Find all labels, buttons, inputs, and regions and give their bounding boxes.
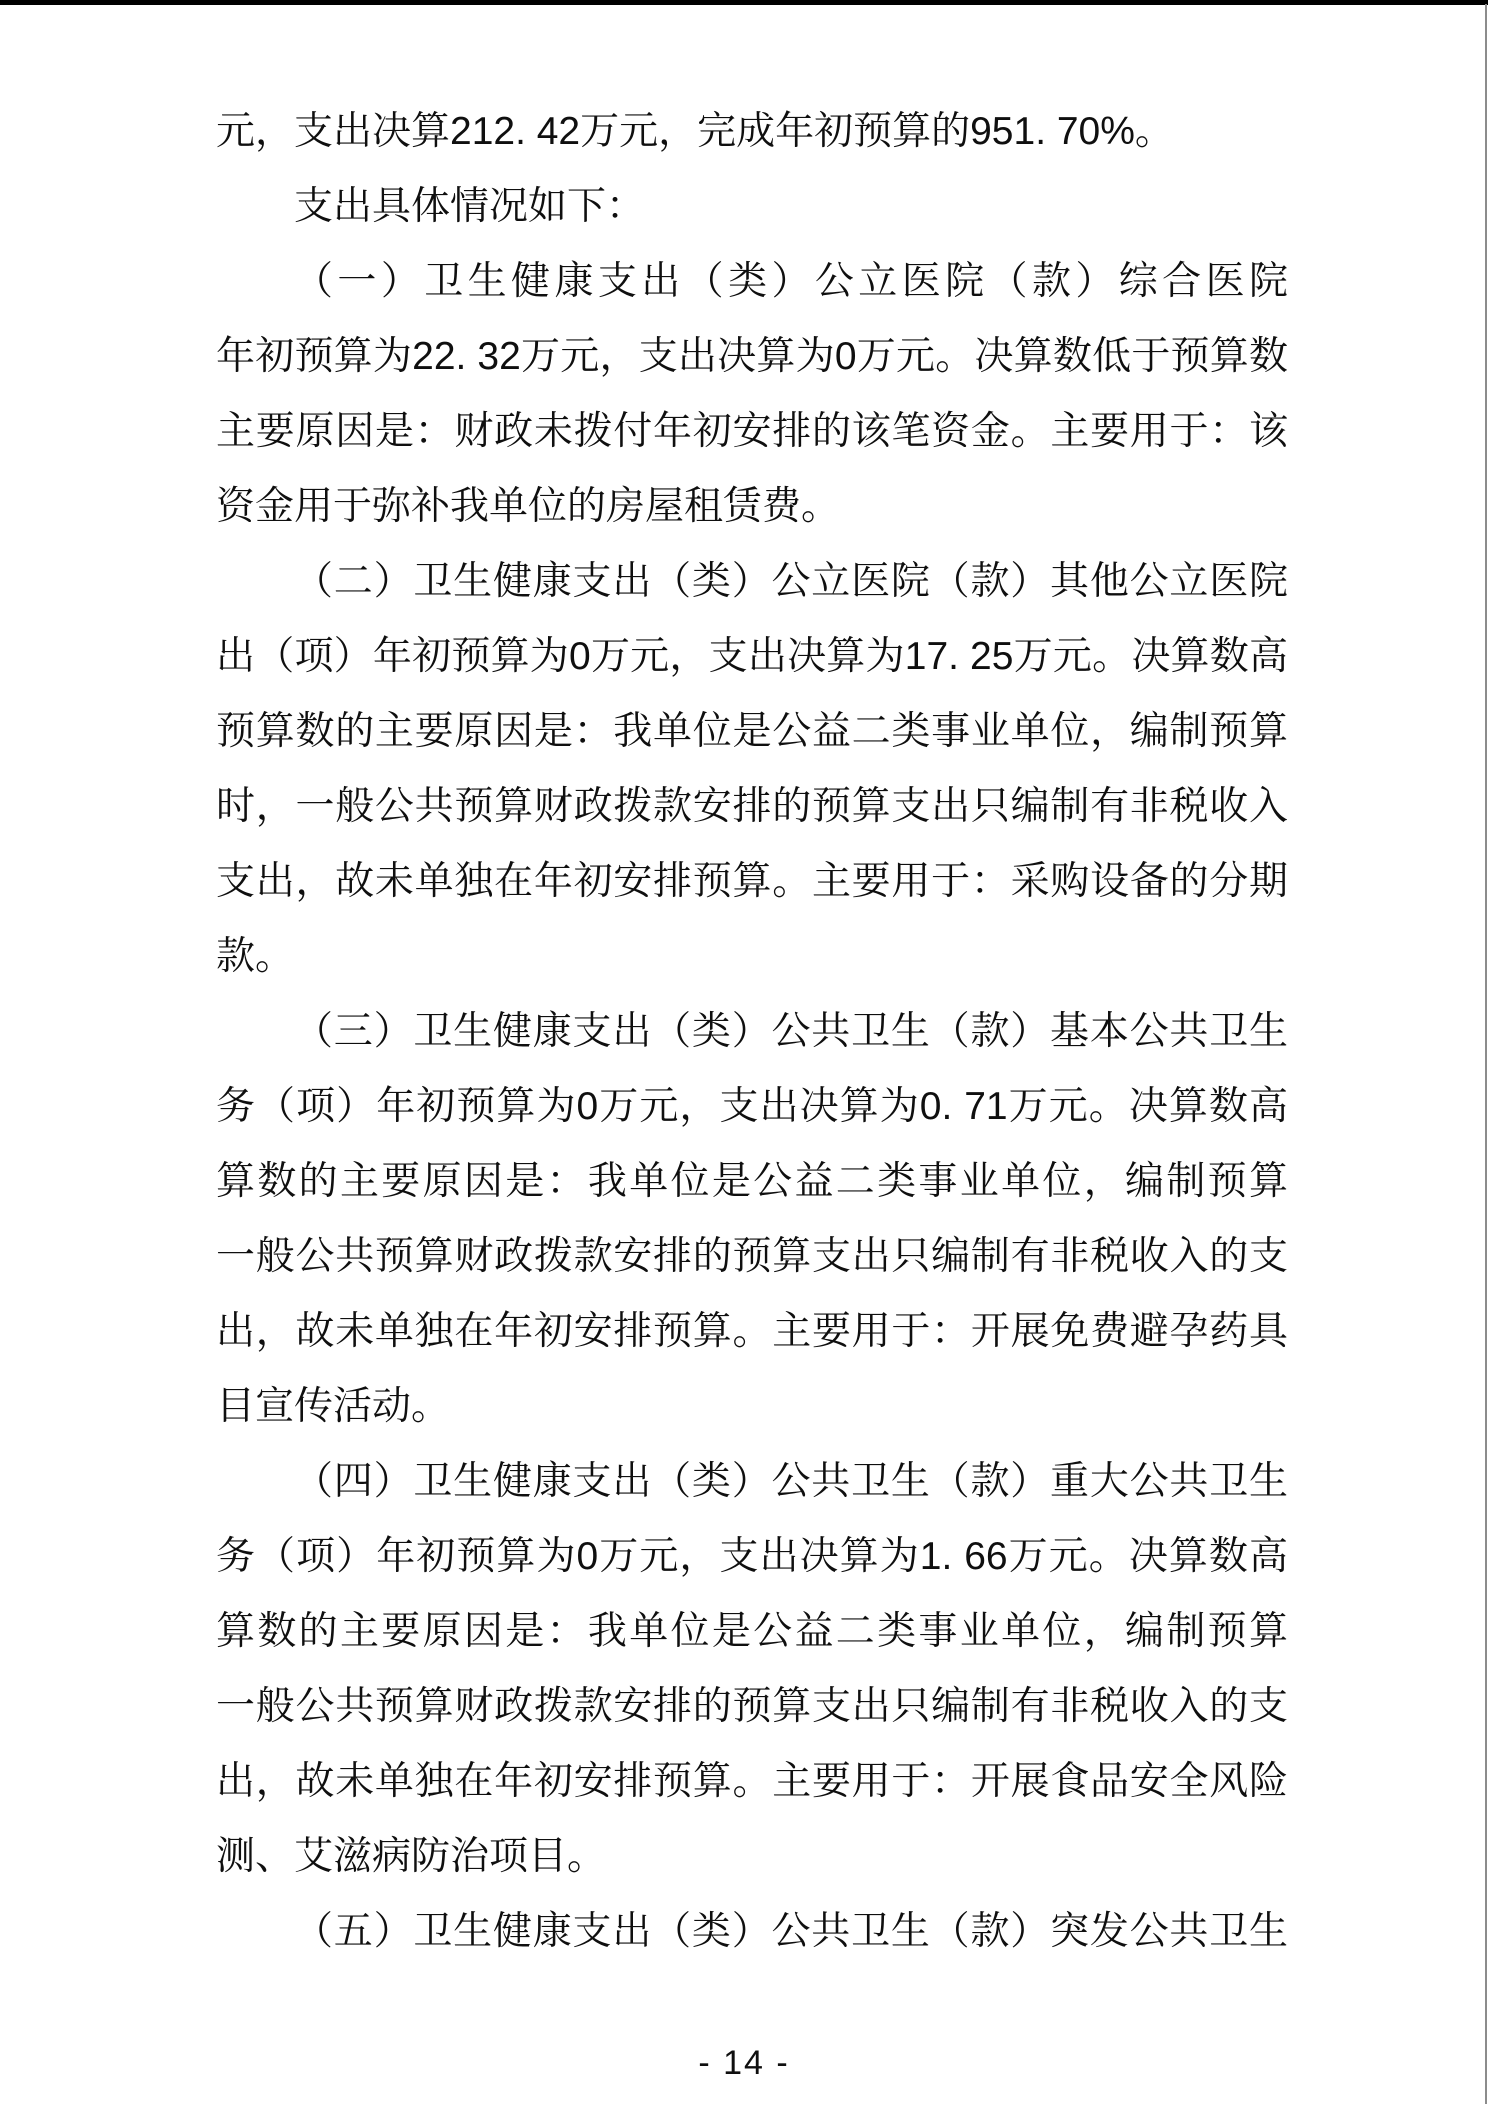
text-line: （三）卫生健康支出（类）公共卫生（款）基本公共卫生服 (216, 994, 1288, 1069)
text-line: 出，故未单独在年初安排预算。主要用于：开展免费避孕药具项 (216, 1294, 1288, 1369)
text-line: 算数的主要原因是：我单位是公益二类事业单位，编制预算时， (216, 1144, 1288, 1219)
text-line: （四）卫生健康支出（类）公共卫生（款）重大公共卫生服 (216, 1444, 1288, 1519)
page-top-edge-bar (0, 0, 1488, 5)
text-line: （二）卫生健康支出（类）公立医院（款）其他公立医院支 (216, 544, 1288, 619)
page-right-edge-line (1485, 4, 1487, 2104)
text-line: 支出，故未单独在年初安排预算。主要用于：采购设备的分期货 (216, 844, 1288, 919)
text-line: （五）卫生健康支出（类）公共卫生（款）突发公共卫生事 (216, 1894, 1288, 1969)
text-line: 算数的主要原因是：我单位是公益二类事业单位，编制预算时， (216, 1594, 1288, 1669)
text-line: 出（项）年初预算为0万元，支出决算为17. 25万元。决算数高于 (216, 619, 1288, 694)
text-line: 款。 (216, 919, 1288, 994)
text-line: 务（项）年初预算为0万元，支出决算为0. 71万元。决算数高于预 (216, 1069, 1288, 1144)
text-line: （一）卫生健康支出（类）公立医院（款）综合医院（项） (216, 244, 1288, 319)
page-number: - 14 - (0, 2046, 1488, 2080)
text-line: 一般公共预算财政拨款安排的预算支出只编制有非税收入的支 (216, 1669, 1288, 1744)
text-line: 目宣传活动。 (216, 1369, 1288, 1444)
text-line: 一般公共预算财政拨款安排的预算支出只编制有非税收入的支 (216, 1219, 1288, 1294)
document-page: 元，支出决算212. 42万元，完成年初预算的951. 70%。支出具体情况如下… (0, 0, 1488, 2104)
text-line: 出，故未单独在年初安排预算。主要用于：开展食品安全风险监 (216, 1744, 1288, 1819)
text-line: 预算数的主要原因是：我单位是公益二类事业单位，编制预算 (216, 694, 1288, 769)
text-line: 时，一般公共预算财政拨款安排的预算支出只编制有非税收入的 (216, 769, 1288, 844)
text-line: 年初预算为22. 32万元，支出决算为0万元。决算数低于预算数的 (216, 319, 1288, 394)
text-line: 务（项）年初预算为0万元，支出决算为1. 66万元。决算数高于预 (216, 1519, 1288, 1594)
text-line: 测、艾滋病防治项目。 (216, 1819, 1288, 1894)
document-body: 元，支出决算212. 42万元，完成年初预算的951. 70%。支出具体情况如下… (216, 94, 1288, 1969)
text-line: 主要原因是：财政未拨付年初安排的该笔资金。主要用于：该笔 (216, 394, 1288, 469)
text-line: 资金用于弥补我单位的房屋租赁费。 (216, 469, 1288, 544)
text-line: 元，支出决算212. 42万元，完成年初预算的951. 70%。 (216, 94, 1288, 169)
text-line: 支出具体情况如下： (216, 169, 1288, 244)
